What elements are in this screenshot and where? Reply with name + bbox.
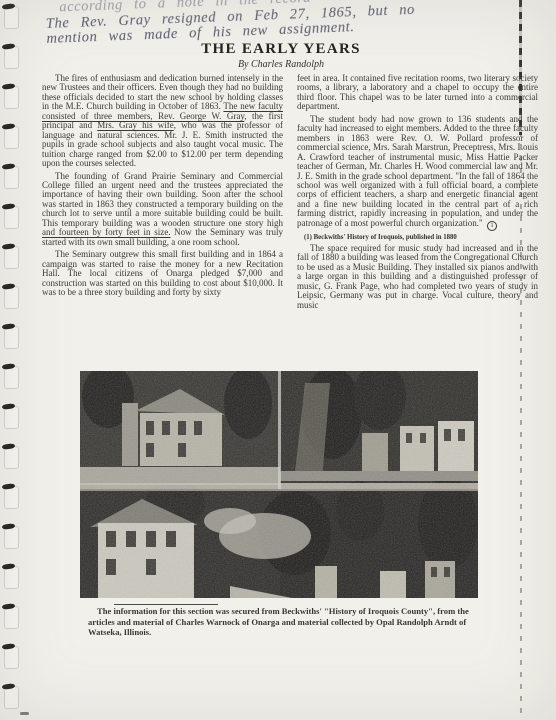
footnote-reference: 1 [487, 221, 497, 231]
text-run: The Seminary outgrew this small first bu… [42, 249, 283, 297]
binding-loop [4, 326, 19, 349]
paragraph-right-3: The space required for music study had i… [297, 244, 538, 310]
text-run: feet in area. It contained five recitati… [297, 73, 538, 111]
right-column: feet in area. It contained five recitati… [297, 74, 538, 313]
handwritten-annotation: according to a note in the record The Re… [45, 0, 526, 46]
binding-loop [4, 486, 19, 509]
left-column: The fires of enthusiasm and dedication b… [42, 74, 283, 313]
binding-loop [4, 166, 19, 189]
page-title: THE EARLY YEARS [40, 41, 522, 58]
binding-loop [4, 566, 19, 589]
caption-rule [114, 604, 218, 605]
binding-loop [4, 686, 19, 709]
binding-loop [4, 526, 19, 549]
binding-loop [4, 86, 19, 109]
binding-loop [4, 206, 19, 229]
binding-loop [4, 406, 19, 429]
paragraph-right-2: The student body had now grown to 136 st… [297, 115, 538, 231]
text-run: The space required for music study had i… [297, 243, 538, 310]
binding-loop [4, 606, 19, 629]
binding-loop [4, 286, 19, 309]
binding-loop [4, 366, 19, 389]
footnote: (1) Beckwiths' History of Iroquois, publ… [304, 234, 538, 241]
binding-loop [4, 126, 19, 149]
scan-smudge [20, 712, 29, 715]
paragraph-right-1: feet in area. It contained five recitati… [297, 74, 538, 112]
paragraph-left-3: The Seminary outgrew this small first bu… [42, 250, 283, 297]
binding-loop [4, 446, 19, 469]
binding-loop [4, 246, 19, 269]
text-run: The student body had now grown to 136 st… [297, 114, 538, 228]
paragraph-left-2: The founding of Grand Prairie Seminary a… [42, 172, 283, 248]
campus-photo [80, 371, 478, 598]
body-columns: The fires of enthusiasm and dedication b… [42, 74, 539, 313]
binding-loop [4, 646, 19, 669]
scanned-document-page: according to a note in the record The Re… [0, 0, 556, 720]
binding-strip [0, 0, 24, 720]
paragraph-left-1: The fires of enthusiasm and dedication b… [42, 74, 283, 169]
binding-loop [4, 6, 19, 29]
photo-caption: The information for this section was sec… [88, 606, 492, 638]
byline: By Charles Randolph [40, 59, 522, 70]
text-run: The founding of Grand Prairie Seminary a… [42, 171, 283, 228]
binding-loop [4, 46, 19, 69]
photo-grain-overlay [80, 371, 478, 598]
